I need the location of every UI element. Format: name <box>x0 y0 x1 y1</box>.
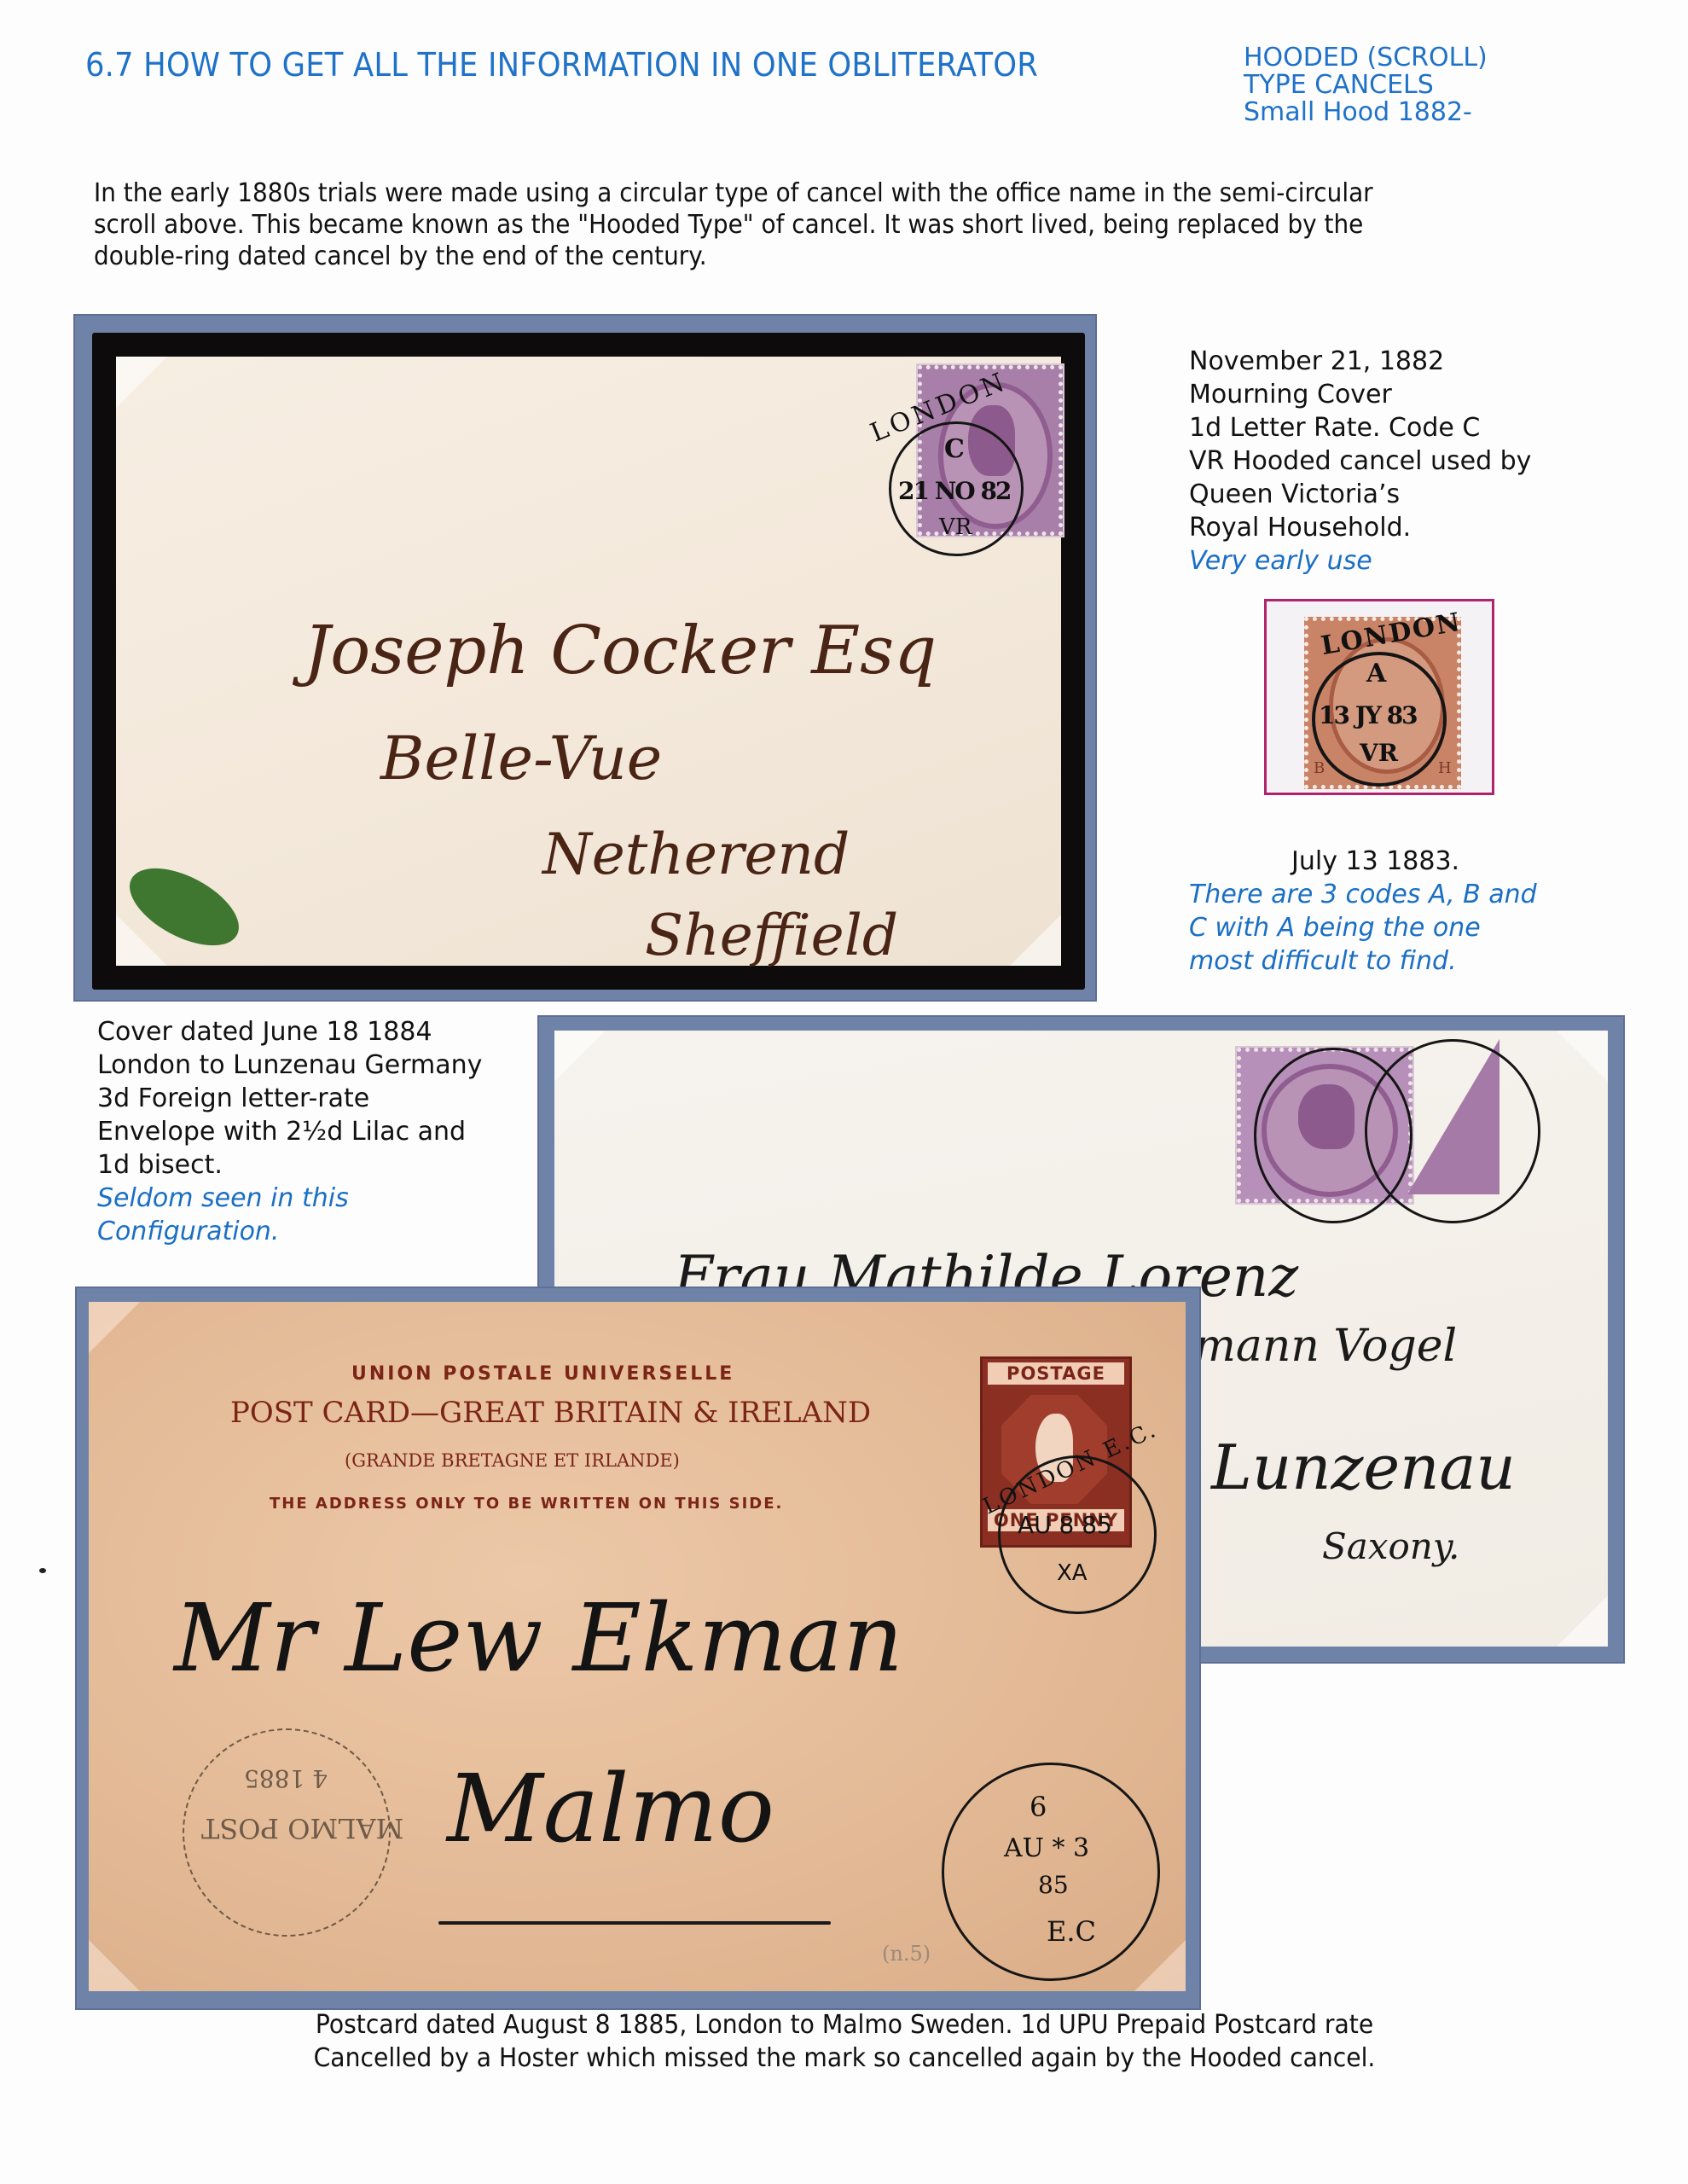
postmark-date: 13 JY 83 <box>1319 701 1417 729</box>
malmo-postmark: MALMO POST 4 1885 <box>183 1728 391 1937</box>
caption-line: July 13 1883. <box>1189 845 1537 878</box>
corner-letter: B <box>1314 759 1325 777</box>
pencil-note: (n.5) <box>882 1942 931 1966</box>
postcard-header-title: POST CARD—GREAT BRITAIN & IRELAND <box>230 1396 871 1430</box>
single-stamp-frame: A 13 JY 83 VR LONDON B H <box>1264 599 1494 795</box>
postmark-code: A <box>1366 659 1386 688</box>
postmark-number: 6 <box>1030 1791 1047 1823</box>
section-heading-line: Small Hood 1882- <box>1244 99 1488 126</box>
postmark-malmo-text: MALMO POST <box>201 1812 403 1844</box>
mount-corner <box>554 1031 606 1082</box>
postcard-mount: UNION POSTALE UNIVERSELLE POST CARD—GREA… <box>75 1287 1201 2010</box>
caption-line: Mourning Cover <box>1189 378 1531 411</box>
section-heading-line: HOODED (SCROLL) <box>1244 44 1488 72</box>
caption-line: Cancelled by a Hoster which missed the m… <box>267 2042 1422 2075</box>
one-shilling-stamp: A 13 JY 83 VR LONDON B H <box>1304 617 1461 789</box>
postmark-date: AU 8 85 <box>1018 1511 1112 1539</box>
caption-note: There are 3 codes A, B and <box>1189 878 1537 911</box>
caption-note: Configuration. <box>97 1215 482 1248</box>
address-line: Sheffield <box>645 903 898 968</box>
caption-line: VR Hooded cancel used by <box>1189 444 1531 478</box>
caption-line: Royal Household. <box>1189 511 1531 544</box>
address-line: Lunzenau <box>1211 1432 1516 1503</box>
address-line: Mr Lew Ekman <box>174 1583 903 1693</box>
page-title: 6.7 HOW TO GET ALL THE INFORMATION IN ON… <box>85 46 1038 84</box>
caption-line: Envelope with 2½d Lilac and <box>97 1115 482 1148</box>
hooded-postmark: A 13 JY 83 VR <box>1312 652 1447 787</box>
caption-line: London to Lunzenau Germany <box>97 1048 482 1082</box>
intro-paragraph: In the early 1880s trials were made usin… <box>94 177 1442 272</box>
address-line: Malmo <box>447 1754 774 1863</box>
caption-line: Queen Victoria’s <box>1189 478 1531 511</box>
address-line: Joseph Cocker Esq <box>304 613 937 689</box>
postmark-date: AU * 3 <box>1004 1833 1089 1863</box>
postmark-malmo-date: 4 1885 <box>244 1764 328 1792</box>
mourning-cover-envelope: C 21 NO 82 VR LONDON Joseph Cocker Esq B… <box>116 357 1061 966</box>
postmark <box>1365 1039 1540 1223</box>
mourning-cover-caption: November 21, 1882 Mourning Cover 1d Lett… <box>1189 345 1531 578</box>
hooded-postmark: C 21 NO 82 VR <box>889 421 1024 556</box>
address-underline <box>438 1921 831 1925</box>
mount-corner <box>1134 1940 1186 1991</box>
caption-line: November 21, 1882 <box>1189 345 1531 378</box>
mourning-cover-black-border: C 21 NO 82 VR LONDON Joseph Cocker Esq B… <box>92 333 1085 990</box>
postmark-bottom: VR <box>939 514 972 540</box>
postcard: UNION POSTALE UNIVERSELLE POST CARD—GREA… <box>89 1302 1186 1991</box>
mourning-cover-mount: C 21 NO 82 VR LONDON Joseph Cocker Esq B… <box>73 314 1097 1002</box>
corner-letter: H <box>1438 759 1452 777</box>
postmark-date: 21 NO 82 <box>898 477 1010 505</box>
caption-note: Seldom seen in this <box>97 1182 482 1215</box>
postcard-caption: Postcard dated August 8 1885, London to … <box>267 2008 1422 2075</box>
postmark-bottom: E.C <box>1047 1915 1096 1948</box>
mount-corner <box>116 357 167 408</box>
postcard-header-upu: UNION POSTALE UNIVERSELLE <box>351 1363 734 1385</box>
mount-corner <box>1557 1595 1608 1647</box>
postcard-header-french: (GRANDE BRETAGNE ET IRLANDE) <box>345 1450 680 1471</box>
single-stamp-caption: July 13 1883. There are 3 codes A, B and… <box>1189 845 1537 978</box>
section-heading: HOODED (SCROLL) TYPE CANCELS Small Hood … <box>1244 44 1488 126</box>
indicium-top-label: POSTAGE <box>988 1362 1124 1385</box>
lunzenau-cover-caption: Cover dated June 18 1884 London to Lunze… <box>97 1015 482 1248</box>
scan-speck <box>39 1568 46 1573</box>
mount-corner <box>89 1940 140 1991</box>
caption-line: 1d bisect. <box>97 1148 482 1182</box>
address-line: Belle-Vue <box>380 723 662 793</box>
postmark-bottom: VR <box>1360 739 1398 767</box>
caption-line: Postcard dated August 8 1885, London to … <box>267 2008 1422 2042</box>
section-heading-line: TYPE CANCELS <box>1244 72 1488 99</box>
mount-corner <box>1557 1031 1608 1082</box>
london-ec-postmark: 6 AU * 3 85 E.C <box>942 1763 1160 1981</box>
postmark-code: XA <box>1057 1560 1088 1586</box>
caption-note: most difficult to find. <box>1189 944 1537 978</box>
postmark-code: C <box>944 434 965 464</box>
mount-corner <box>89 1302 140 1353</box>
caption-note: Very early use <box>1189 544 1531 578</box>
postcard-header-instruction: THE ADDRESS ONLY TO BE WRITTEN ON THIS S… <box>270 1495 783 1513</box>
address-line: Saxony. <box>1322 1525 1459 1567</box>
address-line: Netherend <box>542 822 850 887</box>
caption-note: C with A being the one <box>1189 911 1537 944</box>
mount-corner <box>1010 915 1061 966</box>
postmark-year: 85 <box>1038 1871 1069 1899</box>
caption-line: 1d Letter Rate. Code C <box>1189 411 1531 444</box>
caption-line: 3d Foreign letter-rate <box>97 1082 482 1115</box>
caption-line: Cover dated June 18 1884 <box>97 1015 482 1048</box>
